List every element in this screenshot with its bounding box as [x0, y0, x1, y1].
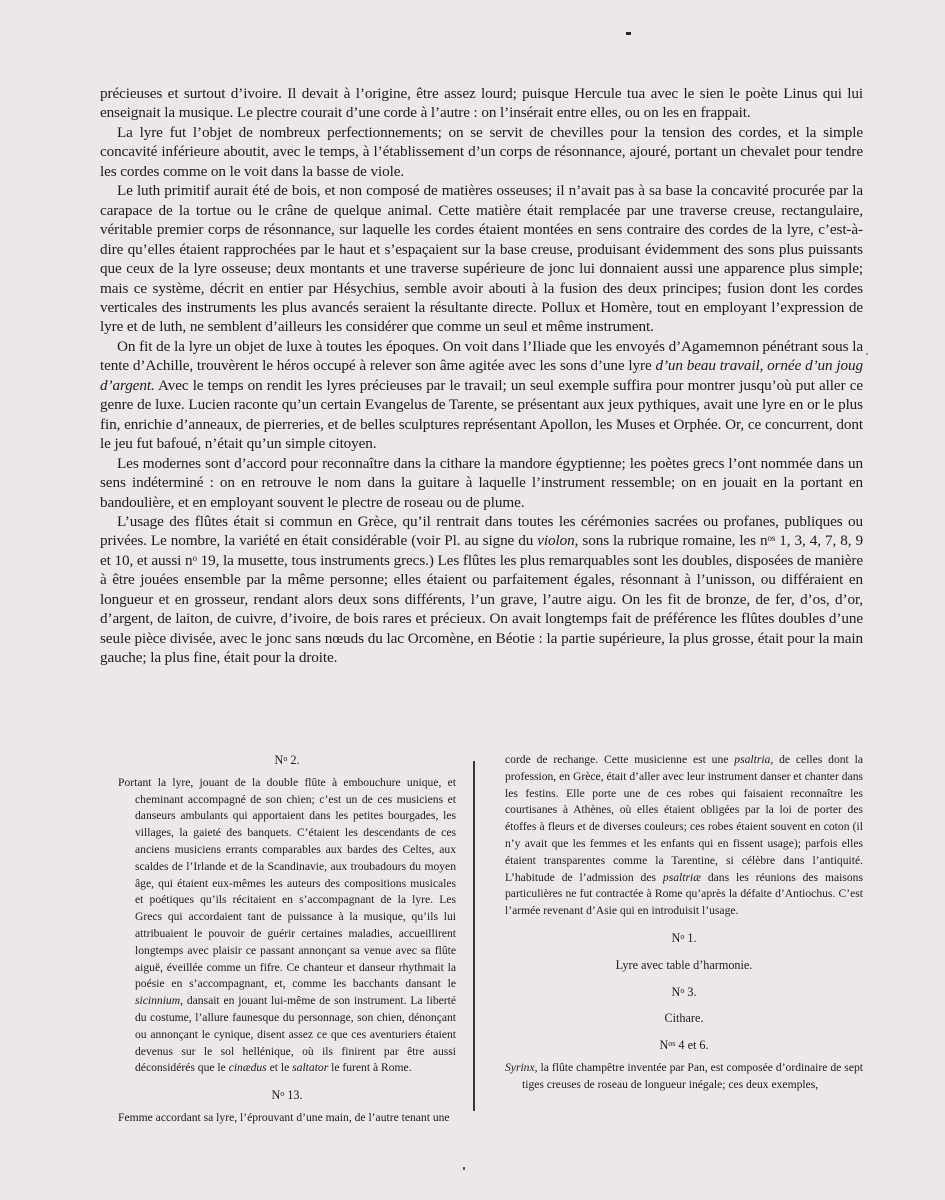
- paragraph-lute: Le luth primitif aurait été de bois, et …: [100, 181, 863, 337]
- caption-text-no13-continued: corde de rechange. Cette musicienne est …: [505, 752, 863, 920]
- caption-heading-no1: No 1.: [505, 930, 863, 947]
- heading-number: 3.: [684, 985, 696, 999]
- caption-heading-no4-6: Nos 4 et 6.: [505, 1037, 863, 1054]
- heading-prefix: N: [275, 753, 284, 767]
- plate-captions-right-column: corde de rechange. Cette musicienne est …: [505, 752, 863, 1094]
- heading-prefix: N: [659, 1038, 668, 1052]
- italic-run: d’un beau travail, ornée d’un joug d’arg…: [100, 357, 863, 393]
- superscript-run: os: [767, 533, 775, 543]
- heading-prefix: N: [672, 931, 681, 945]
- italic-run: violon: [537, 532, 574, 549]
- italic-run: psaltria,: [734, 753, 773, 766]
- caption-text-no3: Cithare.: [505, 1010, 863, 1027]
- heading-number: 2.: [287, 753, 299, 767]
- paragraph-lyre-improvements: La lyre fut l’objet de nombreux perfecti…: [100, 123, 863, 181]
- heading-prefix: N: [672, 985, 681, 999]
- heading-prefix: N: [271, 1088, 280, 1102]
- italic-run: cinædus: [229, 1061, 267, 1074]
- main-body-text: précieuses et surtout d’ivoire. Il devai…: [100, 84, 863, 668]
- paragraph-cithara: Les modernes sont d’accord pour reconnaî…: [100, 454, 863, 512]
- italic-run: psaltriæ: [663, 871, 701, 884]
- paragraph-luxury-lyre: On fit de la lyre un objet de luxe à tou…: [100, 337, 863, 454]
- italic-run: sicinnium: [135, 994, 180, 1007]
- print-speck: [866, 353, 868, 355]
- italic-run: saltator: [292, 1061, 328, 1074]
- caption-text-no2: Portant la lyre, jouant de la double flû…: [118, 775, 456, 1077]
- caption-text-no13: Femme accordant sa lyre, l’éprouvant d’u…: [118, 1110, 456, 1127]
- caption-heading-no3: No 3.: [505, 984, 863, 1001]
- paragraph-lyre-weight: précieuses et surtout d’ivoire. Il devai…: [100, 84, 863, 123]
- paragraph-flutes: L’usage des flûtes était si commun en Gr…: [100, 512, 863, 668]
- heading-number: 1.: [684, 931, 696, 945]
- caption-text-no1: Lyre avec table d’harmonie.: [505, 957, 863, 974]
- print-speck: [463, 1167, 465, 1170]
- superscript-run: o: [192, 553, 196, 563]
- italic-run: Syrinx: [505, 1061, 535, 1074]
- heading-number: 4 et 6.: [675, 1038, 708, 1052]
- plate-captions-left-column: No 2. Portant la lyre, jouant de la doub…: [118, 752, 456, 1127]
- caption-heading-no2: No 2.: [118, 752, 456, 769]
- print-speck: [626, 32, 631, 35]
- column-divider: [473, 761, 475, 1111]
- caption-heading-no13: No 13.: [118, 1087, 456, 1104]
- heading-number: 13.: [284, 1088, 302, 1102]
- caption-text-no4-6: Syrinx, la flûte champêtre inventée par …: [505, 1060, 863, 1094]
